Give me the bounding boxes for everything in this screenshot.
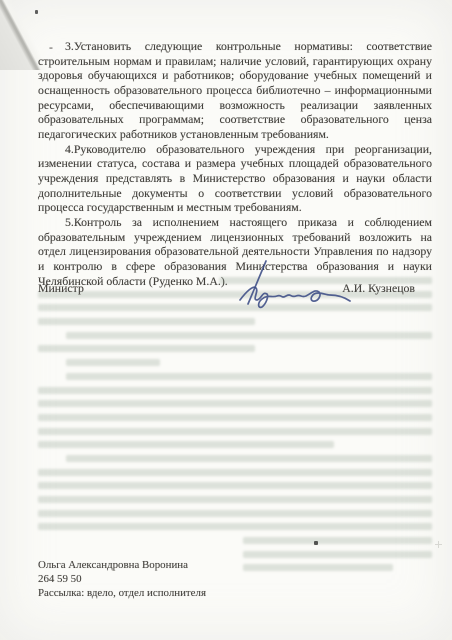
- signatory-title: Министр: [38, 281, 84, 296]
- ink-speck: [35, 10, 38, 14]
- bleedthrough-line: [243, 564, 393, 571]
- bleedthrough-line: [243, 537, 432, 544]
- document-body: 3.Установить следующие контрольные норма…: [38, 39, 432, 288]
- bleedthrough-line: [38, 523, 432, 530]
- bleedthrough-line: [38, 441, 334, 448]
- handwritten-signature: [226, 254, 358, 312]
- bleedthrough-line: [66, 373, 432, 380]
- bleedthrough-line: [38, 510, 432, 517]
- registration-cross-mark: [435, 541, 442, 548]
- bleedthrough-line: [38, 414, 432, 421]
- bleedthrough-line: [243, 551, 432, 558]
- bleedthrough-line: [38, 345, 255, 352]
- executor-block: Ольга Александровна Воронина 264 59 50 Р…: [38, 558, 206, 600]
- bleedthrough-line: [66, 455, 432, 462]
- bleedthrough-line: [66, 359, 161, 366]
- bleedthrough-line: [38, 469, 432, 476]
- bleedthrough-line: [66, 332, 432, 339]
- scanned-document-page: - 3.Установить следующие контрольные нор…: [0, 0, 452, 640]
- bleedthrough-line: [38, 387, 432, 394]
- executor-name: Ольга Александровна Воронина: [38, 558, 206, 572]
- bleedthrough-line: [38, 496, 432, 503]
- bleedthrough-line: [38, 428, 432, 435]
- distribution-note: Рассылка: вдело, отдел исполнителя: [38, 586, 206, 600]
- paragraph-3: 3.Установить следующие контрольные норма…: [38, 39, 432, 142]
- paragraph-4: 4.Руководителю образовательного учрежден…: [38, 142, 432, 215]
- executor-phone: 264 59 50: [38, 572, 206, 586]
- bleedthrough-line: [38, 318, 255, 325]
- bleedthrough-line: [38, 482, 432, 489]
- bleedthrough-artifact: [38, 277, 432, 578]
- ink-speck: [314, 541, 318, 545]
- bleedthrough-line: [38, 400, 432, 407]
